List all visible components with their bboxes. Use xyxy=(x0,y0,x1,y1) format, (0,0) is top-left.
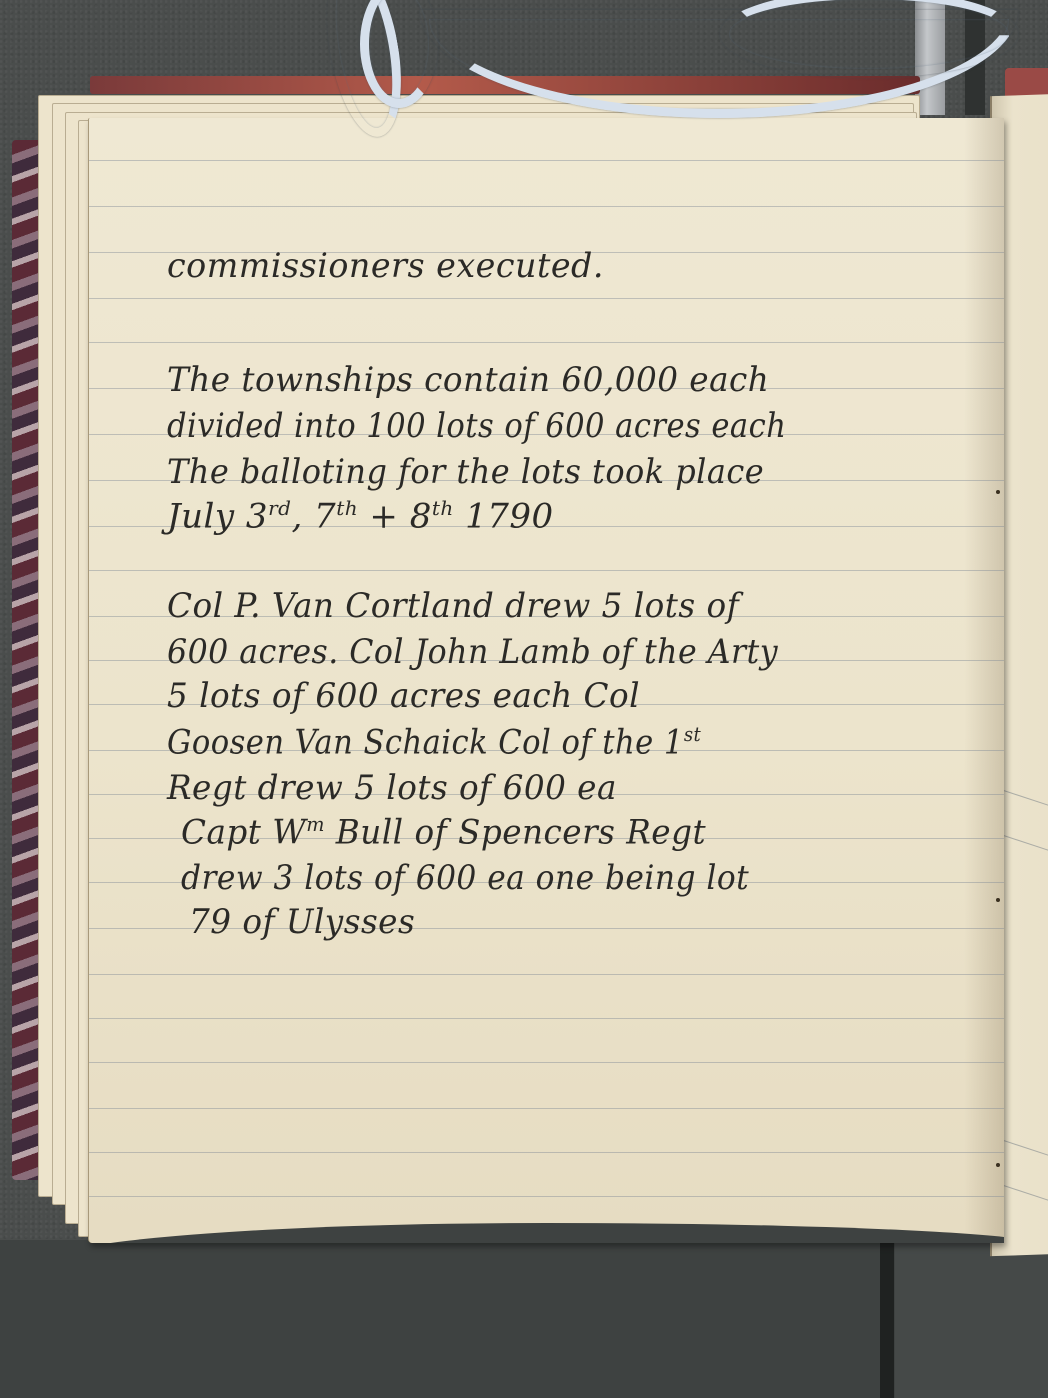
rule-line xyxy=(89,1108,1004,1109)
ordinal-suffix: th xyxy=(336,496,358,520)
notebook-page: commissioners executed. The townships co… xyxy=(88,118,1004,1243)
handwriting-line: Goosen Van Schaick Col of the 1st xyxy=(167,722,701,762)
book-stand-right xyxy=(895,1240,1048,1398)
handwriting-line: Capt Wm Bull of Spencers Regt xyxy=(181,812,706,852)
rule-line xyxy=(89,1018,1004,1019)
rule-line xyxy=(89,342,1004,343)
handwriting-line: Col P. Van Cortland drew 5 lots of xyxy=(167,586,739,626)
binding-hole xyxy=(996,490,1000,494)
year-text: 1790 xyxy=(454,496,554,536)
date-text: July 3 xyxy=(167,496,268,536)
handwriting-line: 79 of Ulysses xyxy=(189,902,415,942)
rule-line xyxy=(89,1152,1004,1153)
line-text: Bull of Spencers Regt xyxy=(325,812,706,852)
ordinal-suffix: th xyxy=(432,496,454,520)
handwriting-line: drew 3 lots of 600 ea one being lot xyxy=(181,858,749,898)
binding-hole xyxy=(996,1163,1000,1167)
handwriting-line-date: July 3rd, 7th + 8th 1790 xyxy=(167,496,554,536)
book-stand-edge xyxy=(880,1240,894,1398)
handwriting-line: 600 acres. Col John Lamb of the Arty xyxy=(167,632,778,672)
ordinal-suffix: st xyxy=(684,722,701,746)
gutter-shadow xyxy=(964,118,1004,1243)
rule-line xyxy=(89,160,1004,161)
rule-line xyxy=(89,206,1004,207)
line-text: Goosen Van Schaick Col of the 1 xyxy=(167,722,684,762)
binding-hole xyxy=(996,898,1000,902)
ordinal-suffix: rd xyxy=(268,496,291,520)
handwriting-line: The balloting for the lots took place xyxy=(167,452,764,492)
handwriting-line: The townships contain 60,000 each xyxy=(167,360,769,400)
handwriting-line: 5 lots of 600 acres each Col xyxy=(167,676,640,716)
abbrev-suffix: m xyxy=(306,812,325,836)
line-text: Capt W xyxy=(181,812,306,852)
rule-line xyxy=(89,570,1004,571)
rule-line xyxy=(89,1196,1004,1197)
handwriting-line: divided into 100 lots of 600 acres each xyxy=(167,406,786,446)
rule-line xyxy=(89,974,1004,975)
date-text: + 8 xyxy=(358,496,432,536)
rule-line xyxy=(89,298,1004,299)
rule-line xyxy=(89,1062,1004,1063)
handwriting-line: Regt drew 5 lots of 600 ea xyxy=(167,768,617,808)
page-curl-bottom xyxy=(88,1223,1004,1243)
date-text: , 7 xyxy=(291,496,336,536)
handwriting-line: commissioners executed. xyxy=(167,246,604,286)
